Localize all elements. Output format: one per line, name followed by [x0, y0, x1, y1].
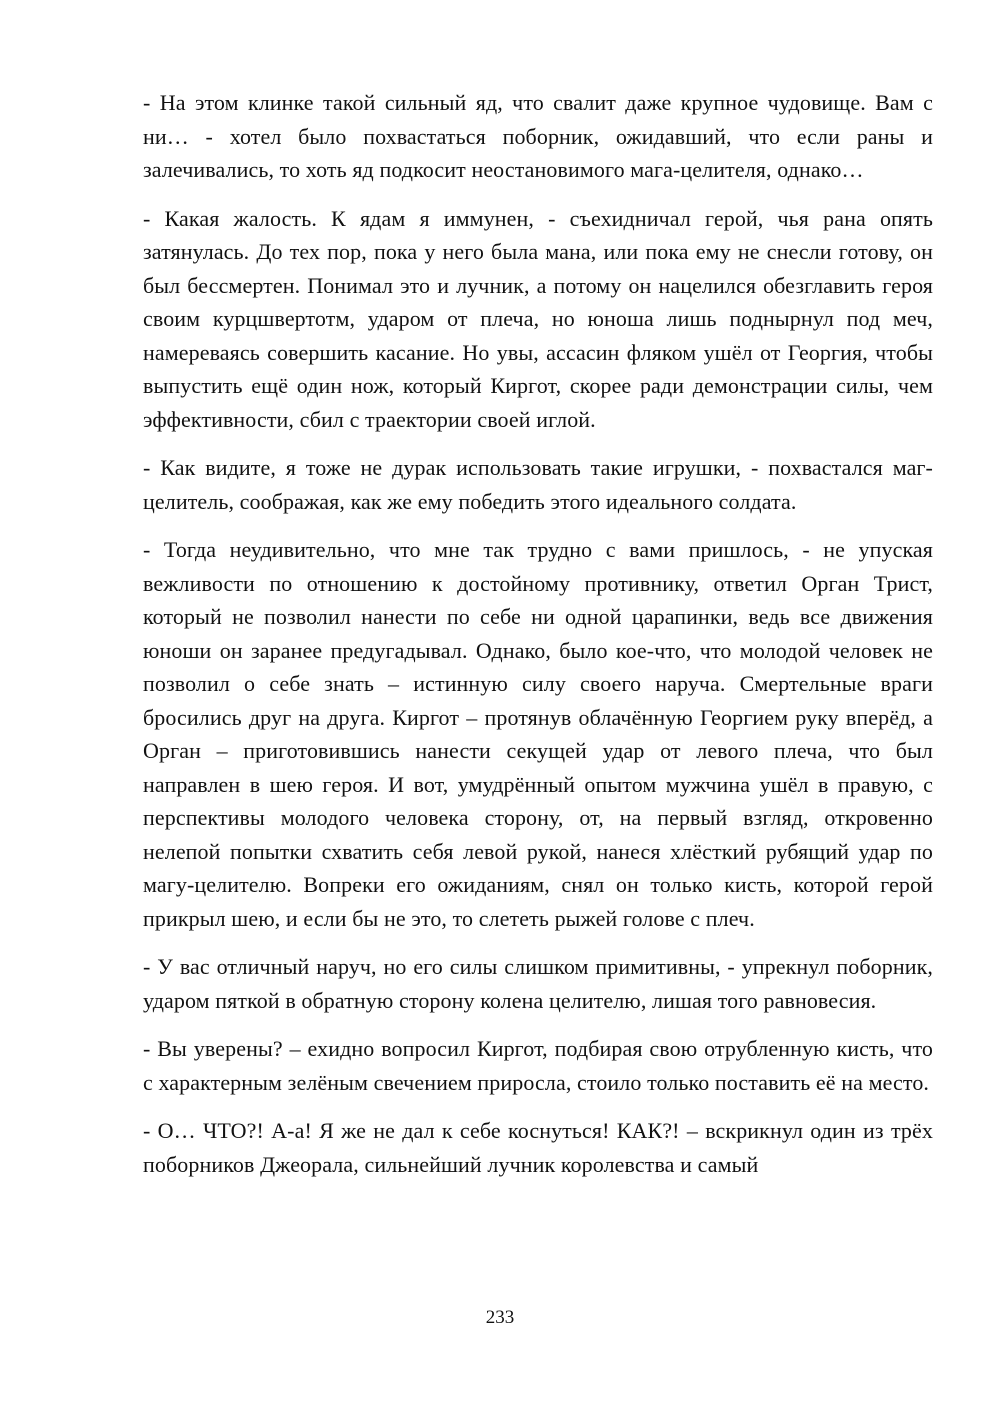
- paragraph-4: - Тогда неудивительно, что мне так трудн…: [143, 533, 933, 935]
- document-page: - На этом клинке такой сильный яд, что с…: [0, 0, 1000, 1414]
- text-block: - На этом клинке такой сильный яд, что с…: [143, 86, 933, 1196]
- paragraph-5: - У вас отличный наруч, но его силы слиш…: [143, 950, 933, 1017]
- paragraph-1: - На этом клинке такой сильный яд, что с…: [143, 86, 933, 187]
- paragraph-3: - Как видите, я тоже не дурак использова…: [143, 451, 933, 518]
- paragraph-7: - О… ЧТО?! А-а! Я же не дал к себе косну…: [143, 1114, 933, 1181]
- paragraph-6: - Вы уверены? – ехидно вопросил Киргот, …: [143, 1032, 933, 1099]
- page-number: 233: [0, 1306, 1000, 1330]
- paragraph-2: - Какая жалость. К ядам я иммунен, - съе…: [143, 202, 933, 437]
